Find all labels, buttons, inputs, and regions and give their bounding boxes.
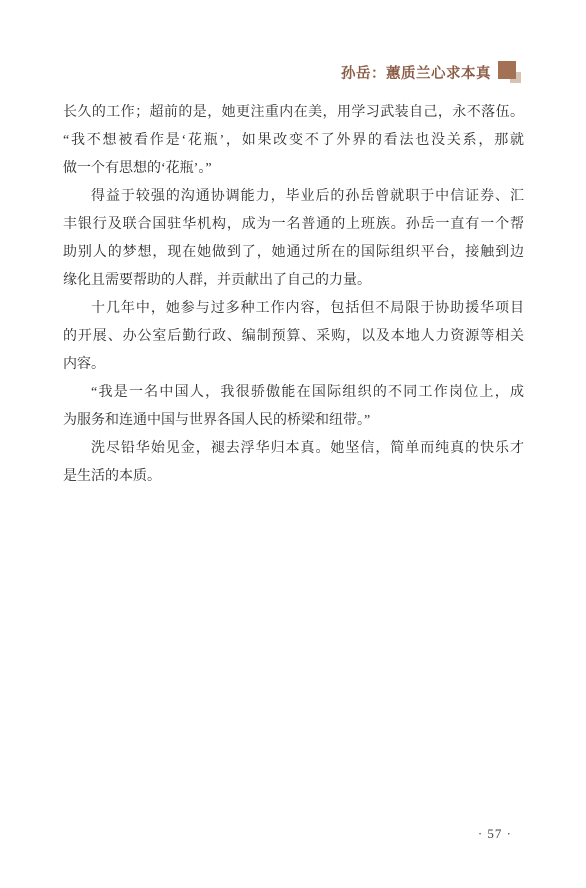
text-line: 为服务和连通中国与世界各国人民的桥梁和纽带。” bbox=[63, 407, 524, 435]
text-line: 是生活的本质。 bbox=[63, 463, 524, 491]
text-line: 做一个有思想的‘花瓶’。” bbox=[63, 155, 524, 183]
text-line: 缘化且需要帮助的人群，并贡献出了自己的力量。 bbox=[63, 267, 524, 295]
text-line: 助别人的梦想，现在她做到了，她通过所在的国际组织平台，接触到边 bbox=[63, 239, 524, 267]
text-line: “我不想被看作是‘花瓶’，如果改变不了外界的看法也没关系，那就 bbox=[63, 127, 524, 155]
paragraph-4: “我是一名中国人，我很骄傲能在国际组织的不同工作岗位上，成 为服务和连通中国与世… bbox=[63, 379, 524, 435]
paragraph-1: 长久的工作；超前的是，她更注重内在美，用学习武装自己，永不落伍。 “我不想被看作… bbox=[63, 99, 524, 183]
paragraph-3: 十几年中，她参与过多种工作内容，包括但不局限于协助援华项目 的开展、办公室后勤行… bbox=[63, 295, 524, 379]
text-line: 丰银行及联合国驻华机构，成为一名普通的上班族。孙岳一直有一个帮 bbox=[63, 211, 524, 239]
large-square-decor bbox=[498, 61, 516, 79]
paragraph-2: 得益于较强的沟通协调能力，毕业后的孙岳曾就职于中信证券、汇 丰银行及联合国驻华机… bbox=[63, 183, 524, 295]
text-line: 内容。 bbox=[63, 351, 524, 379]
text-line: 长久的工作；超前的是，她更注重内在美，用学习武装自己，永不落伍。 bbox=[63, 99, 524, 127]
text-line: 十几年中，她参与过多种工作内容，包括但不局限于协助援华项目 bbox=[63, 295, 524, 323]
book-page: 孙岳：蕙质兰心求本真 长久的工作；超前的是，她更注重内在美，用学习武装自己，永不… bbox=[0, 0, 586, 888]
overlapping-squares-icon bbox=[498, 61, 522, 84]
text-line: 的开展、办公室后勤行政、编制预算、采购，以及本地人力资源等相关 bbox=[63, 323, 524, 351]
text-line: “我是一名中国人，我很骄傲能在国际组织的不同工作岗位上，成 bbox=[63, 379, 524, 407]
body-text: 长久的工作；超前的是，她更注重内在美，用学习武装自己，永不落伍。 “我不想被看作… bbox=[63, 99, 524, 491]
running-header: 孙岳：蕙质兰心求本真 bbox=[341, 61, 522, 84]
text-line: 洗尽铅华始见金，褪去浮华归本真。她坚信，简单而纯真的快乐才 bbox=[63, 435, 524, 463]
text-line: 得益于较强的沟通协调能力，毕业后的孙岳曾就职于中信证券、汇 bbox=[63, 183, 524, 211]
chapter-title: 孙岳：蕙质兰心求本真 bbox=[341, 62, 491, 83]
paragraph-5: 洗尽铅华始见金，褪去浮华归本真。她坚信，简单而纯真的快乐才 是生活的本质。 bbox=[63, 435, 524, 491]
page-number: · 57 · bbox=[478, 826, 512, 842]
